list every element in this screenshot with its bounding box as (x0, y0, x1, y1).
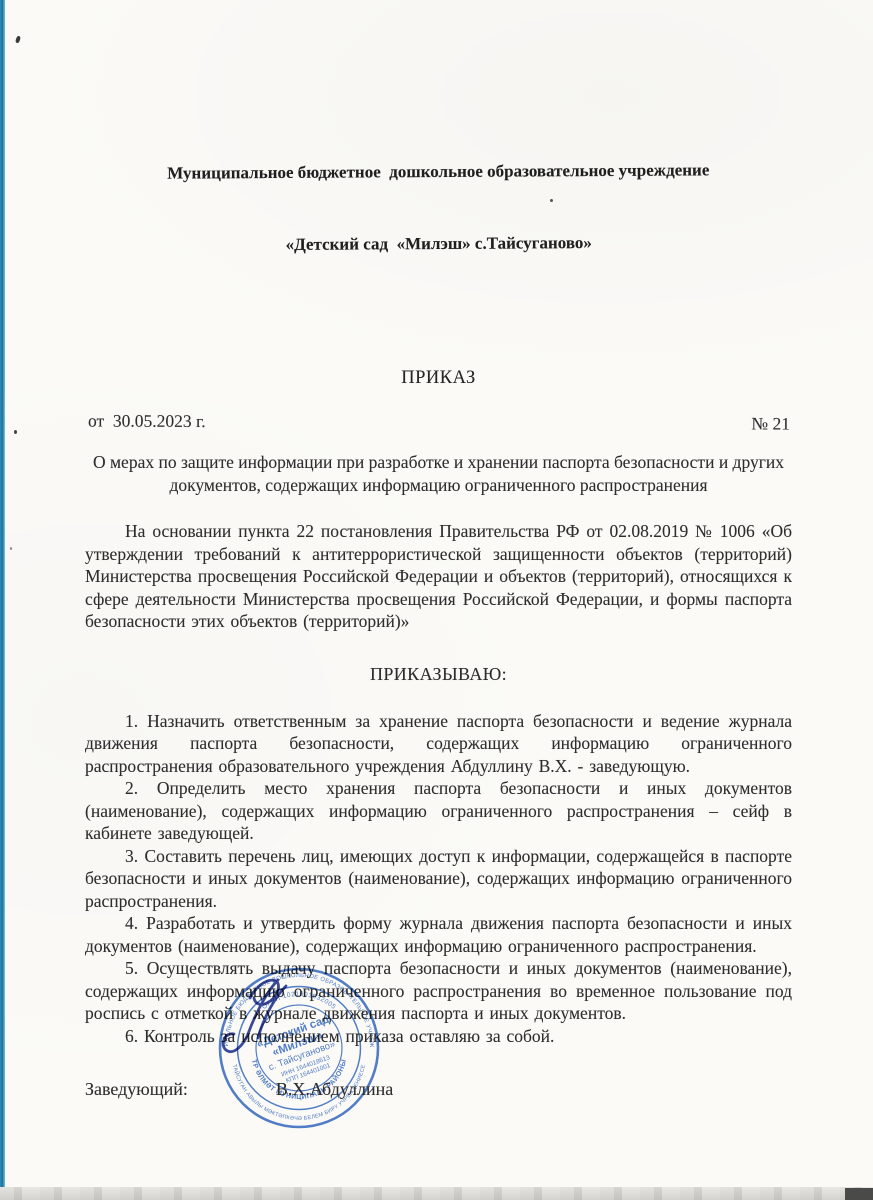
doc-meta-row: от 30.05.2023 г. № 21 (85, 408, 792, 435)
handwritten-signature (220, 972, 298, 1070)
scan-edge-left (0, 0, 5, 1200)
resolution-word: ПРИКАЗЫВАЮ: (85, 662, 792, 686)
doc-date: от 30.05.2023 г. (85, 408, 206, 433)
doc-title: ПРИКАЗ (85, 366, 792, 390)
order-item-5: 5. Осуществлять выдачу паспорта безопасн… (85, 957, 792, 1025)
order-item-6: 6. Контроль за исполнением приказа остав… (85, 1025, 792, 1048)
signature-label: Заведующий: (85, 1077, 188, 1101)
scanned-document-page: Муниципальное бюджетное дошкольное образ… (0, 0, 873, 1200)
scan-edge-bottom (0, 1187, 873, 1200)
scan-speck (10, 547, 12, 550)
signature-name: В.Х.Абдуллина (276, 1077, 393, 1101)
preamble-paragraph: На основании пункта 22 постановления Пра… (85, 520, 792, 633)
order-item-3: 3. Составить перечень лиц, имеющих досту… (85, 845, 792, 913)
order-item-4: 4. Разработать и утвердить форму журнала… (85, 912, 792, 957)
order-item-2: 2. Определить место хранения паспорта бе… (85, 777, 792, 845)
scan-speck (14, 430, 17, 434)
order-items: 1. Назначить ответственным за хранение п… (85, 710, 792, 1048)
scan-corner-mark (845, 1188, 873, 1200)
doc-subject: О мерах по защите информации при разрабо… (85, 451, 792, 497)
order-item-1: 1. Назначить ответственным за хранение п… (85, 710, 792, 778)
document-content: Муниципальное бюджетное дошкольное образ… (85, 112, 792, 1101)
org-name: Муниципальное бюджетное дошкольное образ… (84, 110, 792, 306)
org-name-line2: «Детский сад «Милэш» с.Тайсуганово» (85, 230, 792, 258)
signature-row: Заведующий: В.Х.Абдуллина (85, 1077, 792, 1101)
org-name-line1: Муниципальное бюджетное дошкольное образ… (85, 158, 792, 186)
doc-number: № 21 (751, 411, 792, 435)
scan-speck (15, 36, 21, 44)
